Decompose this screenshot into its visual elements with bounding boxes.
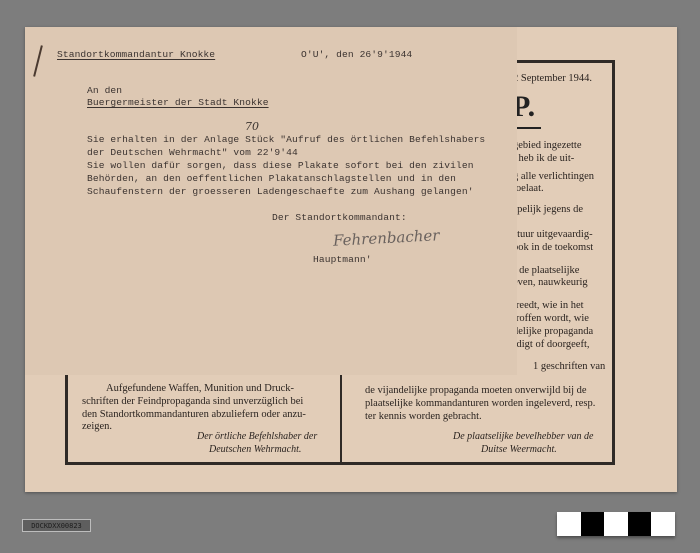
poster-german-line: schriften der Feindpropaganda sind unver… (82, 396, 306, 409)
poster-line: delijke propaganda (513, 326, 605, 339)
letter-signature: Fehrenbacher (333, 226, 440, 250)
scale-white-block (557, 512, 581, 536)
poster-line: r de plaatselijke (513, 265, 605, 278)
letter-body-line: Sie wollen dafür sorgen, dass diese Plak… (87, 159, 485, 172)
reference-label: DOCKDXX00823 (22, 519, 91, 532)
poster-line: 1 geschriften van (513, 361, 605, 374)
poster-line: ook in de toekomst (513, 242, 605, 255)
poster-dutch-line: ter kennis worden gebracht. (365, 411, 595, 424)
letter-rank: Hauptmann' (313, 254, 372, 265)
scale-white-block (651, 512, 675, 536)
poster-german-block: Aufgefundene Waffen, Munition und Druck-… (82, 383, 306, 434)
poster-right-column: gebied ingezette t heb ik de uit- g alle… (513, 140, 605, 374)
poster-line: rdigt of doorgeeft, (513, 339, 605, 352)
scale-black-block (628, 512, 652, 536)
poster-dutch-block: de vijandelijke propaganda moeten onverw… (365, 385, 595, 423)
poster-divider (340, 372, 342, 465)
letter-closing: Der Standortkommandant: (272, 212, 407, 223)
poster-line: spelijk jegens de (513, 204, 605, 217)
letter-sender: Standortkommandantur Knokke (57, 49, 215, 60)
handwritten-number: 70 (245, 120, 259, 133)
letter-recipient-line2: Buergermeister der Stadt Knokke (87, 97, 269, 108)
letter-recipient-line1: An den (87, 85, 122, 96)
poster-dutch-line: plaatselijke kommandanturen worden ingel… (365, 398, 595, 411)
color-scale-bar (557, 512, 675, 536)
typed-letter: Standortkommandantur Knokke O'U', den 26… (25, 27, 517, 375)
scale-black-block (581, 512, 605, 536)
letter-body-line: der Deutschen Wehrmacht" vom 22'9'44 (87, 146, 485, 159)
letter-body-line: Behörden, an den oeffentlichen Plakatans… (87, 172, 485, 185)
poster-line: treedt, wie in het (513, 300, 605, 313)
poster-line: toelaat. (513, 183, 605, 196)
letter-place-date: O'U', den 26'9'1944 (301, 49, 412, 60)
poster-dutch-signature-1: De plaatselijke bevelhebber van de (453, 431, 594, 444)
poster-heading-underline (515, 127, 541, 129)
document-paper: 2 September 1944. P. gebied ingezette t … (25, 27, 677, 492)
letter-body-line: Sie erhalten in der Anlage Stück "Aufruf… (87, 133, 485, 146)
poster-line: stuur uitgevaardig- (513, 229, 605, 242)
poster-dutch-line: de vijandelijke propaganda moeten onverw… (365, 385, 595, 398)
poster-line: even, nauwkeurig (513, 277, 605, 290)
letter-body-line: Schaufenstern der groesseren Ladengescha… (87, 185, 485, 198)
poster-german-line: Aufgefundene Waffen, Munition und Druck- (82, 383, 306, 396)
poster-line: gebied ingezette (513, 140, 605, 153)
poster-line: g alle verlichtingen (513, 171, 605, 184)
poster-date: 2 September 1944. (513, 73, 592, 86)
poster-line: t heb ik de uit- (513, 153, 605, 166)
pen-mark (33, 45, 43, 77)
poster-line: troffen wordt, wie (513, 313, 605, 326)
letter-body: Sie erhalten in der Anlage Stück "Aufruf… (87, 133, 485, 198)
poster-dutch-signature-2: Duitse Weermacht. (481, 444, 557, 457)
scale-white-block (604, 512, 628, 536)
poster-german-signature-1: Der örtliche Befehlshaber der (197, 431, 317, 444)
poster-german-line: den Standortkommandanturen abzuliefern o… (82, 409, 306, 422)
poster-german-signature-2: Deutschen Wehrmacht. (209, 444, 301, 457)
